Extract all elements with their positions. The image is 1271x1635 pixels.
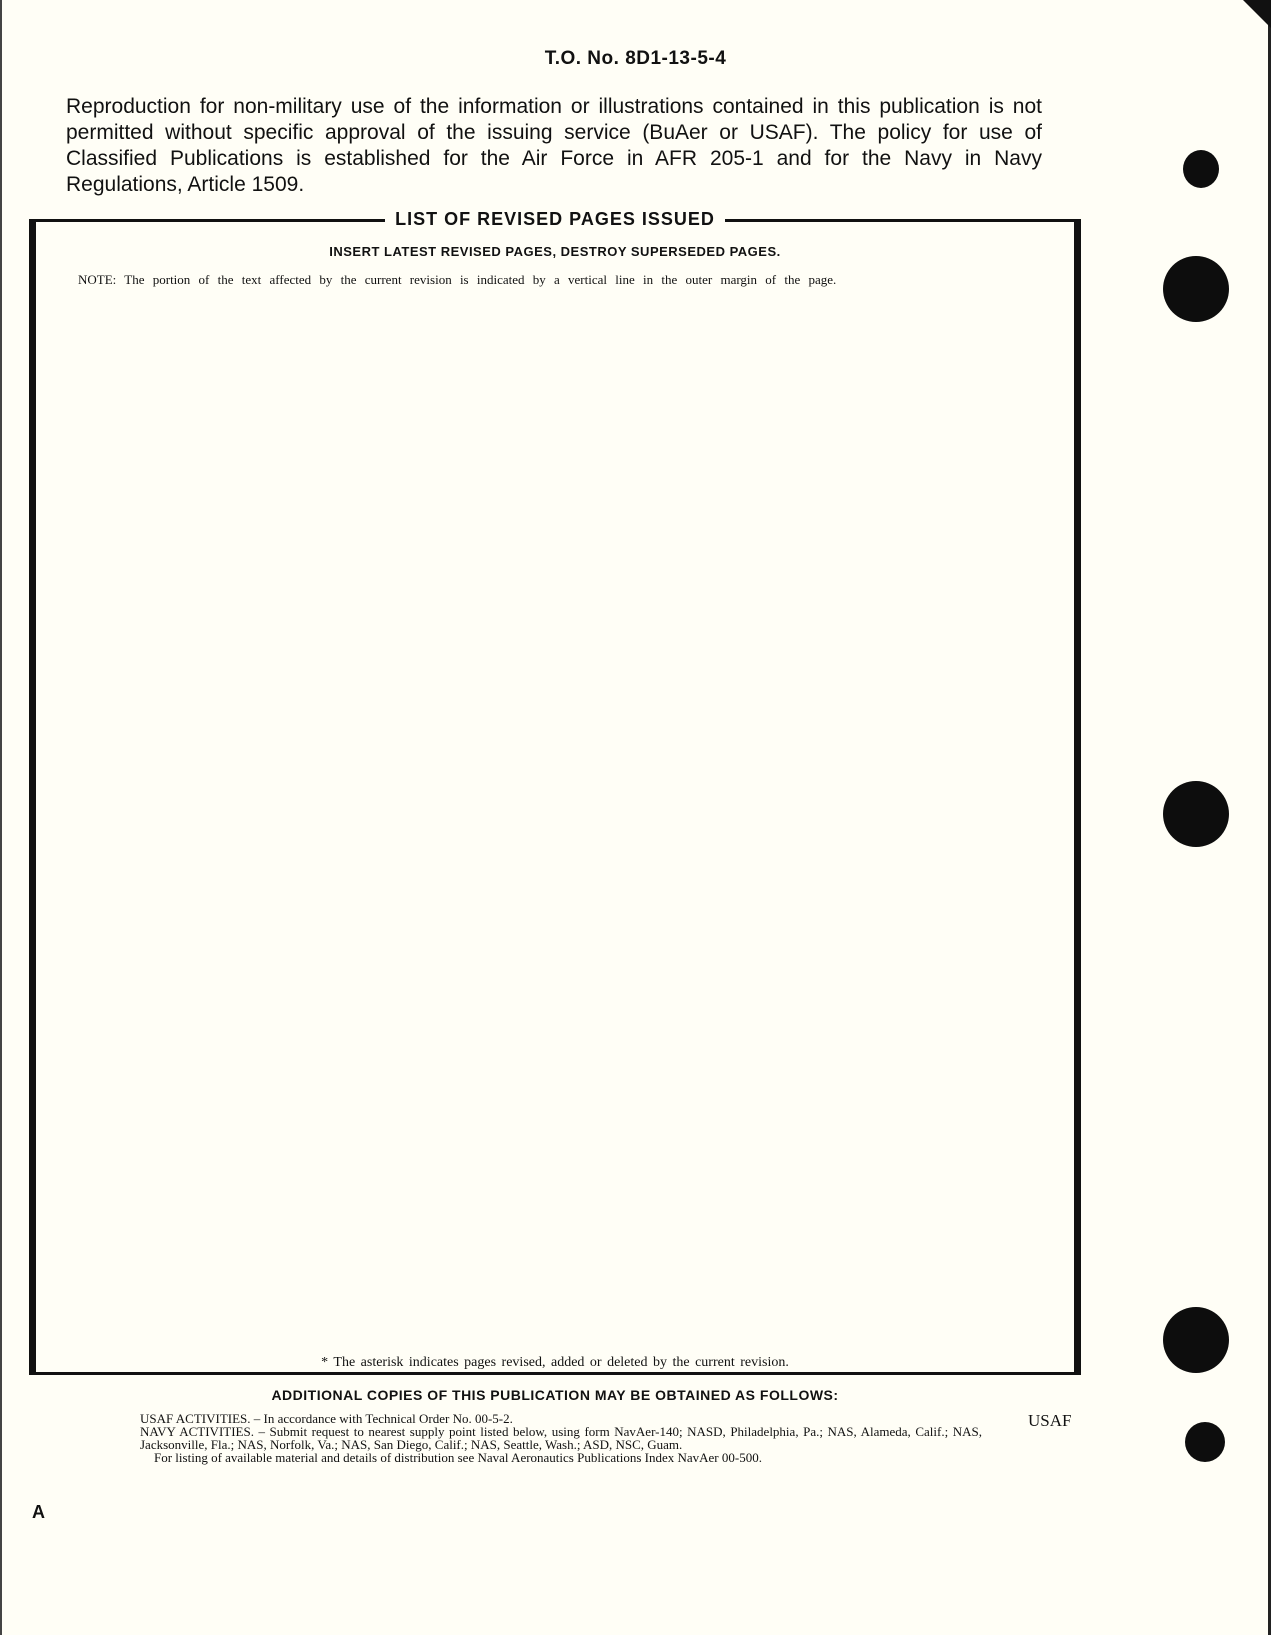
punch-hole	[1185, 1422, 1225, 1462]
punch-hole	[1183, 150, 1219, 188]
navy-activities: NAVY ACTIVITIES. – Submit request to nea…	[140, 1425, 982, 1451]
service-label: USAF	[1028, 1411, 1071, 1431]
additional-copies-title: ADDITIONAL COPIES OF THIS PUBLICATION MA…	[0, 1387, 1110, 1403]
punch-hole	[1163, 1307, 1229, 1373]
page-letter: A	[32, 1502, 45, 1523]
revised-pages-title: LIST OF REVISED PAGES ISSUED	[0, 209, 1110, 230]
page-corner	[1243, 0, 1271, 28]
revision-note: NOTE: The portion of the text affected b…	[78, 272, 1028, 288]
insert-instruction: INSERT LATEST REVISED PAGES, DESTROY SUP…	[0, 244, 1110, 259]
punch-hole	[1163, 256, 1229, 322]
listing-info: For listing of available material and de…	[140, 1451, 982, 1464]
technical-order-number: T.O. No. 8D1-13-5-4	[0, 48, 1271, 70]
punch-hole	[1163, 781, 1229, 847]
distribution-info: USAF ACTIVITIES. – In accordance with Te…	[140, 1412, 982, 1464]
revised-pages-box	[29, 219, 1081, 1375]
reproduction-notice: Reproduction for non-military use of the…	[66, 94, 1042, 198]
asterisk-note: * The asterisk indicates pages revised, …	[0, 1355, 1110, 1371]
